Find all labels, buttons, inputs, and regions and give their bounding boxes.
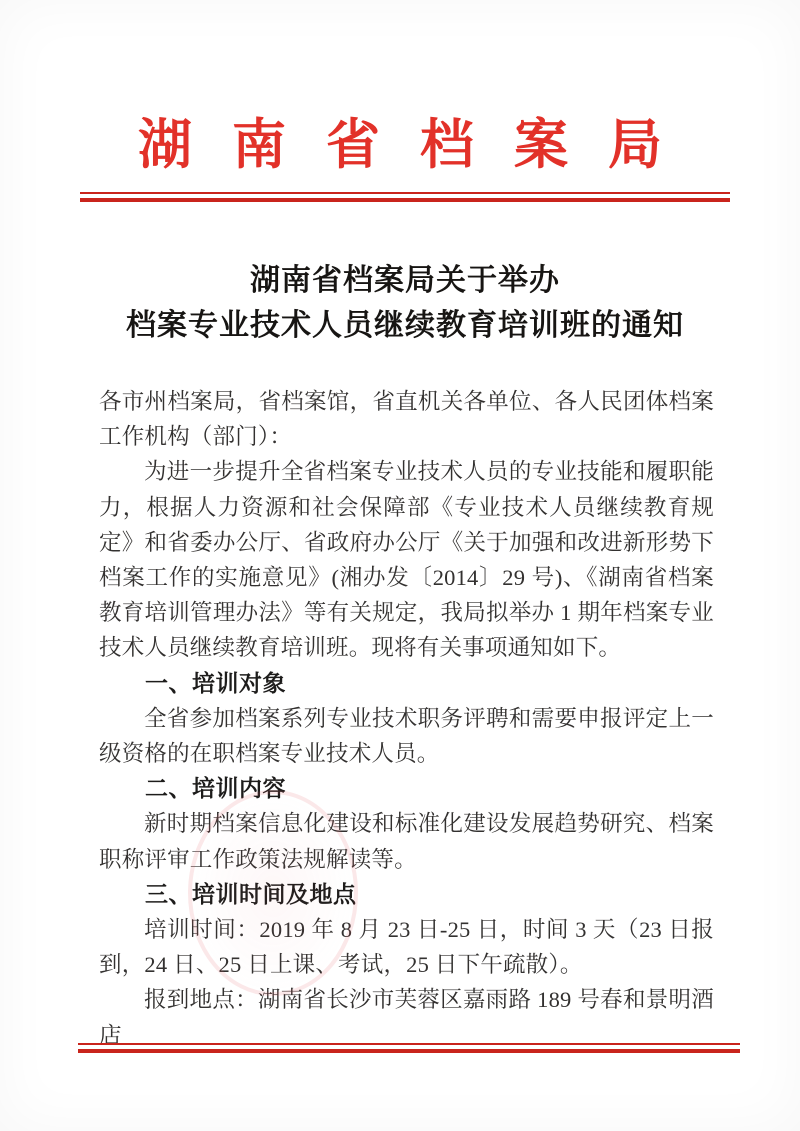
section-3-time-paragraph: 培训时间：2019 年 8 月 23 日-25 日，时间 3 天（23 日报到，… xyxy=(99,912,714,982)
scanned-document-page: 湖南省档案局 湖南省档案局关于举办 档案专业技术人员继续教育培训班的通知 各市州… xyxy=(0,0,800,1131)
document-title-line-1: 湖南省档案局关于举办 xyxy=(60,258,750,303)
section-1-paragraph: 全省参加档案系列专业技术职务评聘和需要申报评定上一级资格的在职档案专业技术人员。 xyxy=(99,701,714,771)
section-2-heading: 二、培训内容 xyxy=(99,771,714,806)
document-body: 各市州档案局，省档案馆，省直机关各单位、各人民团体档案工作机构（部门）： 为进一… xyxy=(99,384,714,1053)
letterhead-org-name: 湖南省档案局 xyxy=(0,112,800,178)
document-title-line-2: 档案专业技术人员继续教育培训班的通知 xyxy=(60,303,750,348)
intro-paragraph: 为进一步提升全省档案专业技术人员的专业技能和履职能力，根据人力资源和社会保障部《… xyxy=(99,454,714,665)
letterhead-double-rule xyxy=(80,192,730,202)
salutation-line: 各市州档案局，省档案馆，省直机关各单位、各人民团体档案工作机构（部门）： xyxy=(99,384,714,454)
document-title: 湖南省档案局关于举办 档案专业技术人员继续教育培训班的通知 xyxy=(60,258,750,348)
section-3-heading: 三、培训时间及地点 xyxy=(99,877,714,912)
section-1-heading: 一、培训对象 xyxy=(99,666,714,701)
section-2-paragraph: 新时期档案信息化建设和标准化建设发展趋势研究、档案职称评审工作政策法规解读等。 xyxy=(99,806,714,876)
footer-double-rule xyxy=(78,1043,740,1053)
